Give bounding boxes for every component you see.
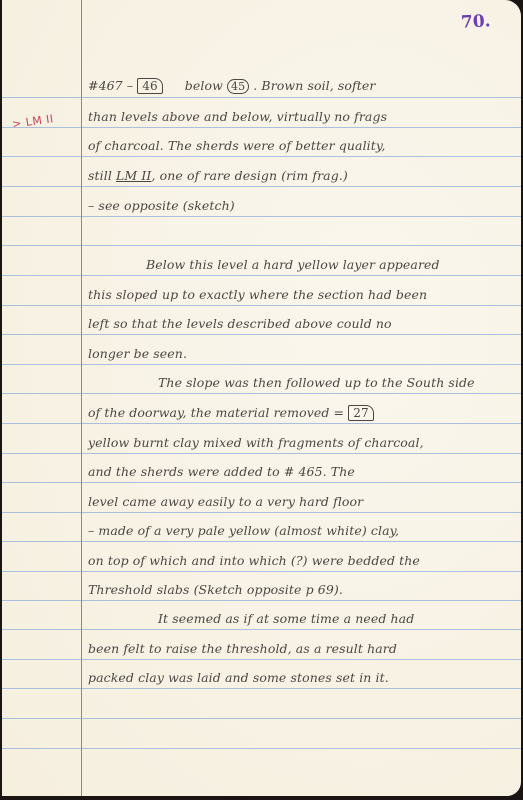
text-line-9: longer be seen. (88, 346, 508, 368)
text-line-19: been felt to raise the threshold, as a r… (88, 641, 508, 663)
period-label: LM II (116, 168, 151, 183)
text-line-3: of charcoal. The sherds were of better q… (88, 138, 508, 160)
margin-note: > LM II (11, 112, 54, 131)
text-line-20: packed clay was laid and some stones set… (88, 670, 508, 692)
text-line-5: – see opposite (sketch) (88, 198, 508, 220)
text-line-16: on top of which and into which (?) were … (88, 553, 508, 575)
margin-line (81, 0, 82, 796)
notebook-page: 70. > LM II #467 – 46 below 45 . Brown s… (2, 0, 521, 796)
entry-number: #467 – (88, 78, 133, 93)
level-marker-triangle: 46 (137, 78, 162, 94)
text-line-11: of the doorway, the material removed = 2… (88, 405, 508, 427)
text-line-7: this sloped up to exactly where the sect… (88, 287, 508, 309)
rule-line (2, 748, 521, 749)
text-line-8: left so that the levels described above … (88, 316, 508, 338)
text-line-17: Threshold slabs (Sketch opposite p 69). (88, 582, 508, 604)
text-line-13: and the sherds were added to # 465. The (88, 464, 508, 486)
text-line-12: yellow burnt clay mixed with fragments o… (88, 435, 508, 457)
text-line-2: than levels above and below, virtually n… (88, 109, 508, 131)
text-line-18: It seemed as if at some time a need had (88, 611, 521, 633)
rule-line (2, 245, 521, 246)
text-line-10: The slope was then followed up to the So… (88, 375, 521, 397)
level-marker-circle: 45 (227, 79, 249, 94)
rule-line (2, 718, 521, 719)
text-line-6: Below this level a hard yellow layer app… (88, 257, 521, 279)
page-number: 70. (460, 11, 491, 33)
text-line-1: #467 – 46 below 45 . Brown soil, softer (88, 78, 508, 100)
text-line-14: level came away easily to a very hard fl… (88, 494, 508, 516)
text-line-15: – made of a very pale yellow (almost whi… (88, 523, 508, 545)
level-marker-triangle: 27 (348, 405, 373, 421)
text-line-4: still LM II, one of rare design (rim fra… (88, 168, 508, 190)
